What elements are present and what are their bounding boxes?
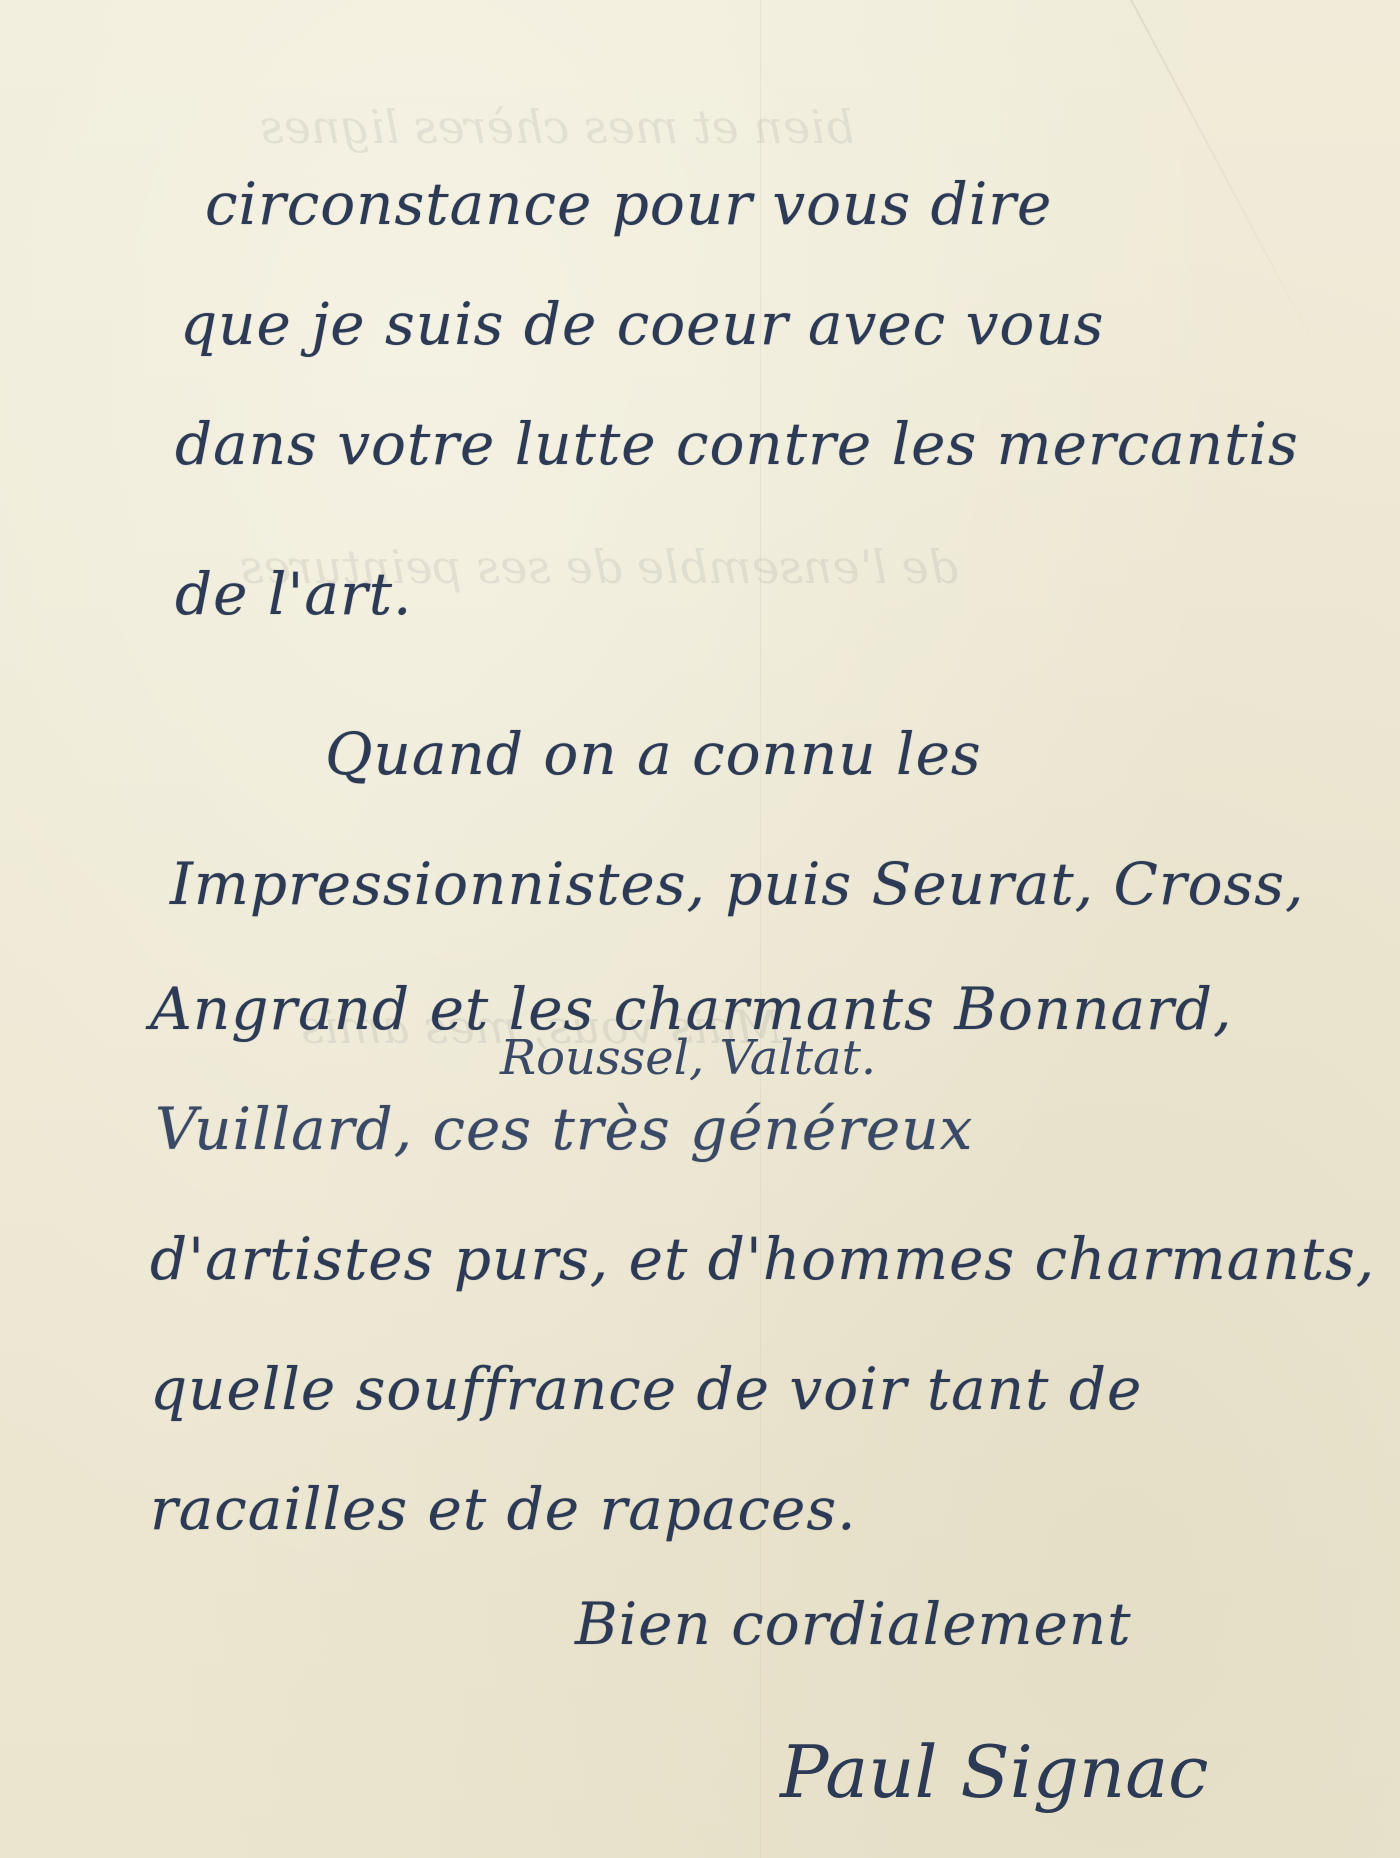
reverse-side-bleed: bien et mes chères lignes xyxy=(260,100,854,154)
letter-line-1: circonstance pour vous dire xyxy=(205,170,1052,238)
paper-fold xyxy=(1130,0,1329,371)
paper-crease xyxy=(760,0,761,1858)
letter-line-5: Quand on a connu les xyxy=(325,720,982,788)
letter-line-8: Vuillard, ces très généreux xyxy=(155,1095,973,1163)
letter-closing: Bien cordialement xyxy=(575,1590,1132,1658)
letter-line-9: d'artistes purs, et d'hommes charmants, xyxy=(150,1225,1375,1293)
letter-line-3: dans votre lutte contre les mercantis xyxy=(175,410,1299,478)
letter-line-2: que je suis de coeur avec vous xyxy=(180,290,1104,358)
letter-line-4: de l'art. xyxy=(175,560,412,628)
letter-signature: Paul Signac xyxy=(780,1730,1208,1814)
letter-page: bien et mes chères lignes de l'ensemble … xyxy=(0,0,1400,1858)
letter-insertion: Roussel, Valtat. xyxy=(500,1030,876,1086)
letter-line-6: Impressionnistes, puis Seurat, Cross, xyxy=(170,850,1305,918)
letter-line-11: racailles et de rapaces. xyxy=(150,1475,857,1543)
letter-line-10: quelle souffrance de voir tant de xyxy=(150,1355,1142,1423)
